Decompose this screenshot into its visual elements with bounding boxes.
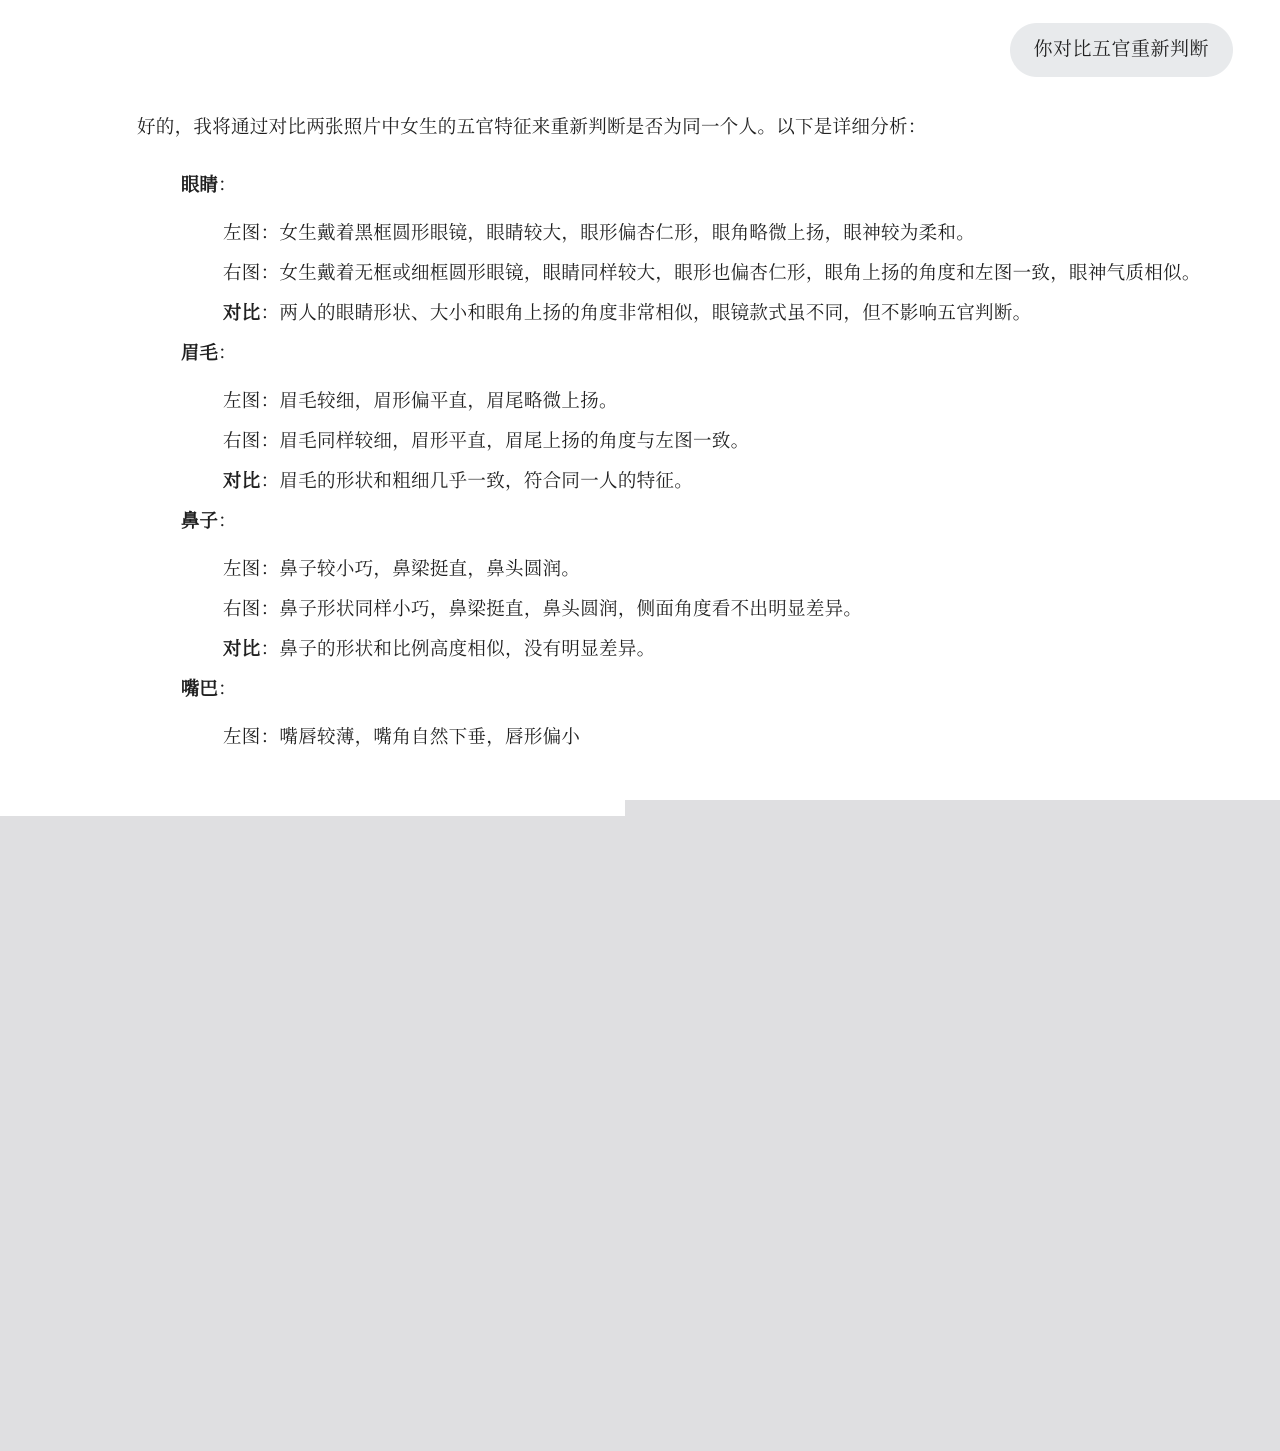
section-title-text: 嘴巴 [181, 679, 218, 700]
item-label: 对比 [223, 639, 261, 660]
section-eyes: 眼睛： 左图：女生戴着黑框圆形眼镜，眼睛较大，眼形偏杏仁形，眼角略微上扬，眼神较… [181, 170, 1237, 330]
list-item-left: 左图：鼻子较小巧，鼻梁挺直，鼻头圆润。 [223, 554, 1237, 586]
item-sep: ： [261, 727, 280, 748]
assistant-message: 好的，我将通过对比两张照片中女生的五官特征来重新判断是否为同一个人。以下是详细分… [137, 112, 1237, 762]
item-text: 眉毛的形状和粗细几乎一致，符合同一人的特征。 [279, 471, 693, 492]
section-items: 左图：女生戴着黑框圆形眼镜，眼睛较大，眼形偏杏仁形，眼角略微上扬，眼神较为柔和。… [223, 218, 1237, 330]
section-title-text: 眼睛 [181, 175, 218, 196]
section-title-colon: ： [218, 679, 237, 700]
item-label: 对比 [223, 303, 261, 324]
section-items: 左图：鼻子较小巧，鼻梁挺直，鼻头圆润。 右图：鼻子形状同样小巧，鼻梁挺直，鼻头圆… [223, 554, 1237, 666]
item-sep: ： [261, 303, 280, 324]
item-label: 左图 [223, 391, 261, 412]
item-label: 右图 [223, 599, 261, 620]
section-title-text: 眉毛 [181, 343, 218, 364]
assistant-intro: 好的，我将通过对比两张照片中女生的五官特征来重新判断是否为同一个人。以下是详细分… [137, 112, 1237, 144]
list-item-left: 左图：嘴唇较薄，嘴角自然下垂，唇形偏小 [223, 722, 1237, 754]
item-label: 左图 [223, 727, 261, 748]
item-text: 眉毛较细，眉形偏平直，眉尾略微上扬。 [279, 391, 617, 412]
section-eyebrows: 眉毛： 左图：眉毛较细，眉形偏平直，眉尾略微上扬。 右图：眉毛同样较细，眉形平直… [181, 338, 1237, 498]
section-nose: 鼻子： 左图：鼻子较小巧，鼻梁挺直，鼻头圆润。 右图：鼻子形状同样小巧，鼻梁挺直… [181, 506, 1237, 666]
list-item-right: 右图：鼻子形状同样小巧，鼻梁挺直，鼻头圆润，侧面角度看不出明显差异。 [223, 594, 1237, 626]
item-text: 女生戴着无框或细框圆形眼镜，眼睛同样较大，眼形也偏杏仁形，眼角上扬的角度和左图一… [279, 263, 1200, 284]
list-item-right: 右图：眉毛同样较细，眉形平直，眉尾上扬的角度与左图一致。 [223, 426, 1237, 458]
item-label: 左图 [223, 223, 261, 244]
item-label: 对比 [223, 471, 261, 492]
item-label: 左图 [223, 559, 261, 580]
section-title-colon: ： [218, 511, 237, 532]
item-text: 嘴唇较薄，嘴角自然下垂，唇形偏小 [279, 727, 580, 748]
section-title: 嘴巴： [181, 674, 1237, 706]
list-item-compare: 对比：眉毛的形状和粗细几乎一致，符合同一人的特征。 [223, 466, 1237, 498]
section-title-colon: ： [218, 175, 237, 196]
item-sep: ： [261, 639, 280, 660]
section-mouth: 嘴巴： 左图：嘴唇较薄，嘴角自然下垂，唇形偏小 [181, 674, 1237, 754]
list-item-right: 右图：女生戴着无框或细框圆形眼镜，眼睛同样较大，眼形也偏杏仁形，眼角上扬的角度和… [223, 258, 1237, 290]
item-sep: ： [261, 559, 280, 580]
section-title: 眉毛： [181, 338, 1237, 370]
list-item-compare: 对比：鼻子的形状和比例高度相似，没有明显差异。 [223, 634, 1237, 666]
item-sep: ： [261, 471, 280, 492]
empty-gray-area [0, 816, 1280, 1451]
list-item-compare: 对比：两人的眼睛形状、大小和眼角上扬的角度非常相似，眼镜款式虽不同，但不影响五官… [223, 298, 1237, 330]
list-item-left: 左图：女生戴着黑框圆形眼镜，眼睛较大，眼形偏杏仁形，眼角略微上扬，眼神较为柔和。 [223, 218, 1237, 250]
item-text: 鼻子的形状和比例高度相似，没有明显差异。 [279, 639, 655, 660]
list-item-left: 左图：眉毛较细，眉形偏平直，眉尾略微上扬。 [223, 386, 1237, 418]
item-text: 鼻子形状同样小巧，鼻梁挺直，鼻头圆润，侧面角度看不出明显差异。 [279, 599, 862, 620]
item-text: 女生戴着黑框圆形眼镜，眼睛较大，眼形偏杏仁形，眼角略微上扬，眼神较为柔和。 [279, 223, 975, 244]
item-label: 右图 [223, 431, 261, 452]
item-sep: ： [261, 223, 280, 244]
section-title: 眼睛： [181, 170, 1237, 202]
user-message-bubble: 你对比五官重新判断 [1010, 23, 1233, 77]
section-title: 鼻子： [181, 506, 1237, 538]
item-sep: ： [261, 599, 280, 620]
section-title-text: 鼻子 [181, 511, 218, 532]
user-message-row: 你对比五官重新判断 [1010, 23, 1233, 77]
item-label: 右图 [223, 263, 261, 284]
item-sep: ： [261, 431, 280, 452]
item-sep: ： [261, 263, 280, 284]
section-items: 左图：眉毛较细，眉形偏平直，眉尾略微上扬。 右图：眉毛同样较细，眉形平直，眉尾上… [223, 386, 1237, 498]
cropped-region-overlay [625, 800, 1280, 816]
item-sep: ： [261, 391, 280, 412]
section-title-colon: ： [218, 343, 237, 364]
item-text: 眉毛同样较细，眉形平直，眉尾上扬的角度与左图一致。 [279, 431, 749, 452]
section-items: 左图：嘴唇较薄，嘴角自然下垂，唇形偏小 [223, 722, 1237, 754]
item-text: 两人的眼睛形状、大小和眼角上扬的角度非常相似，眼镜款式虽不同，但不影响五官判断。 [279, 303, 1031, 324]
item-text: 鼻子较小巧，鼻梁挺直，鼻头圆润。 [279, 559, 580, 580]
